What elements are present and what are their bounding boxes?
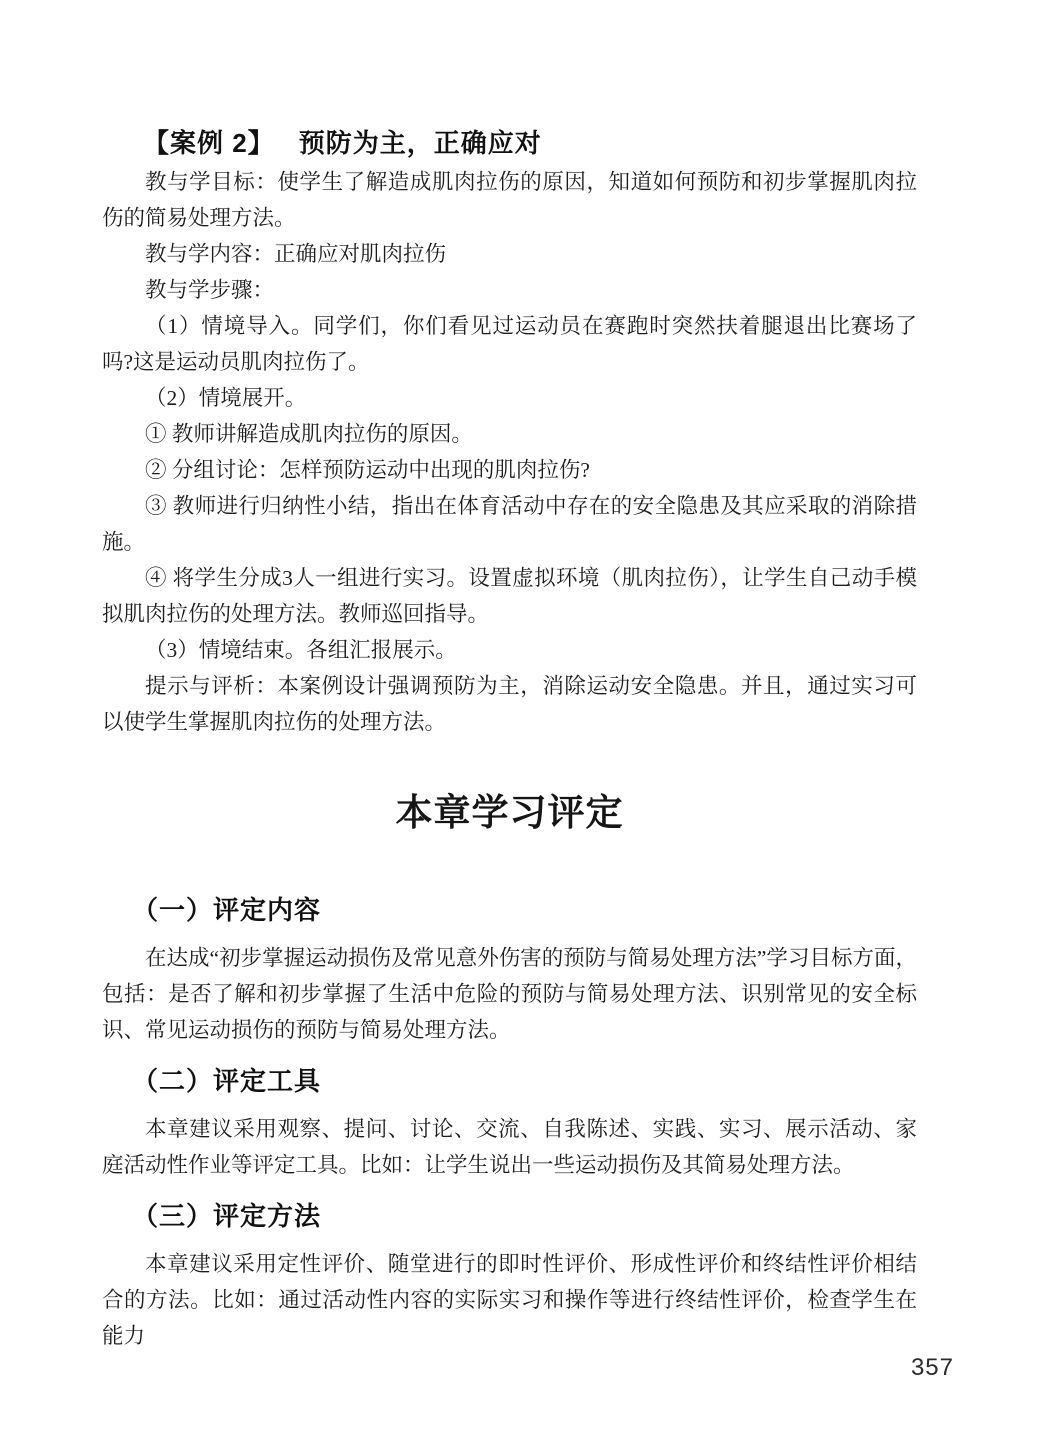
case-paragraph-step3: （3）情境结束。各组汇报展示。	[102, 632, 917, 668]
case-paragraph-item1: ① 教师讲解造成肌肉拉伤的原因。	[102, 416, 917, 452]
subsection-heading-content: （一）评定内容	[102, 894, 917, 928]
subsection-paragraph-tools: 本章建议采用观察、提问、讨论、交流、自我陈述、实践、实习、展示活动、家庭活动性作…	[102, 1111, 917, 1183]
case-label: 【案例 2】	[143, 128, 275, 158]
case-paragraph-step1: （1）情境导入。同学们，你们看见过运动员在赛跑时突然扶着腿退出比赛场了吗?这是运…	[102, 308, 917, 380]
chapter-title: 本章学习评定	[102, 790, 917, 836]
case-paragraph-content: 教与学内容：正确应对肌肉拉伤	[102, 236, 917, 272]
page-content: 【案例 2】预防为主，正确应对 教与学目标：使学生了解造成肌肉拉伤的原因，知道如…	[102, 128, 917, 1354]
case-paragraph-goal: 教与学目标：使学生了解造成肌肉拉伤的原因，知道如何预防和初步掌握肌肉拉伤的简易处…	[102, 164, 917, 236]
case-paragraph-steps: 教与学步骤：	[102, 272, 917, 308]
case-title: 预防为主，正确应对	[299, 128, 542, 158]
subsection-paragraph-methods: 本章建议采用定性评价、随堂进行的即时性评价、形成性评价和终结性评价相结合的方法。…	[102, 1246, 917, 1354]
book-page: 【案例 2】预防为主，正确应对 教与学目标：使学生了解造成肌肉拉伤的原因，知道如…	[0, 0, 1038, 1452]
subsection-heading-methods: （三）评定方法	[102, 1200, 917, 1234]
case-paragraph-step2: （2）情境展开。	[102, 380, 917, 416]
case-heading: 【案例 2】预防为主，正确应对	[102, 128, 917, 158]
case-paragraph-item3: ③ 教师进行归纳性小结，指出在体育活动中存在的安全隐患及其应采取的消除措施。	[102, 488, 917, 560]
subsection-heading-tools: （二）评定工具	[102, 1065, 917, 1099]
case-paragraph-item2: ② 分组讨论：怎样预防运动中出现的肌肉拉伤?	[102, 452, 917, 488]
page-number: 357	[911, 1354, 954, 1382]
case-paragraph-review: 提示与评析：本案例设计强调预防为主，消除运动安全隐患。并且，通过实习可以使学生掌…	[102, 668, 917, 740]
subsection-paragraph-content: 在达成“初步掌握运动损伤及常见意外伤害的预防与简易处理方法”学习目标方面，包括：…	[102, 940, 917, 1048]
case-paragraph-item4: ④ 将学生分成3人一组进行实习。设置虚拟环境（肌肉拉伤），让学生自己动手模拟肌肉…	[102, 560, 917, 632]
